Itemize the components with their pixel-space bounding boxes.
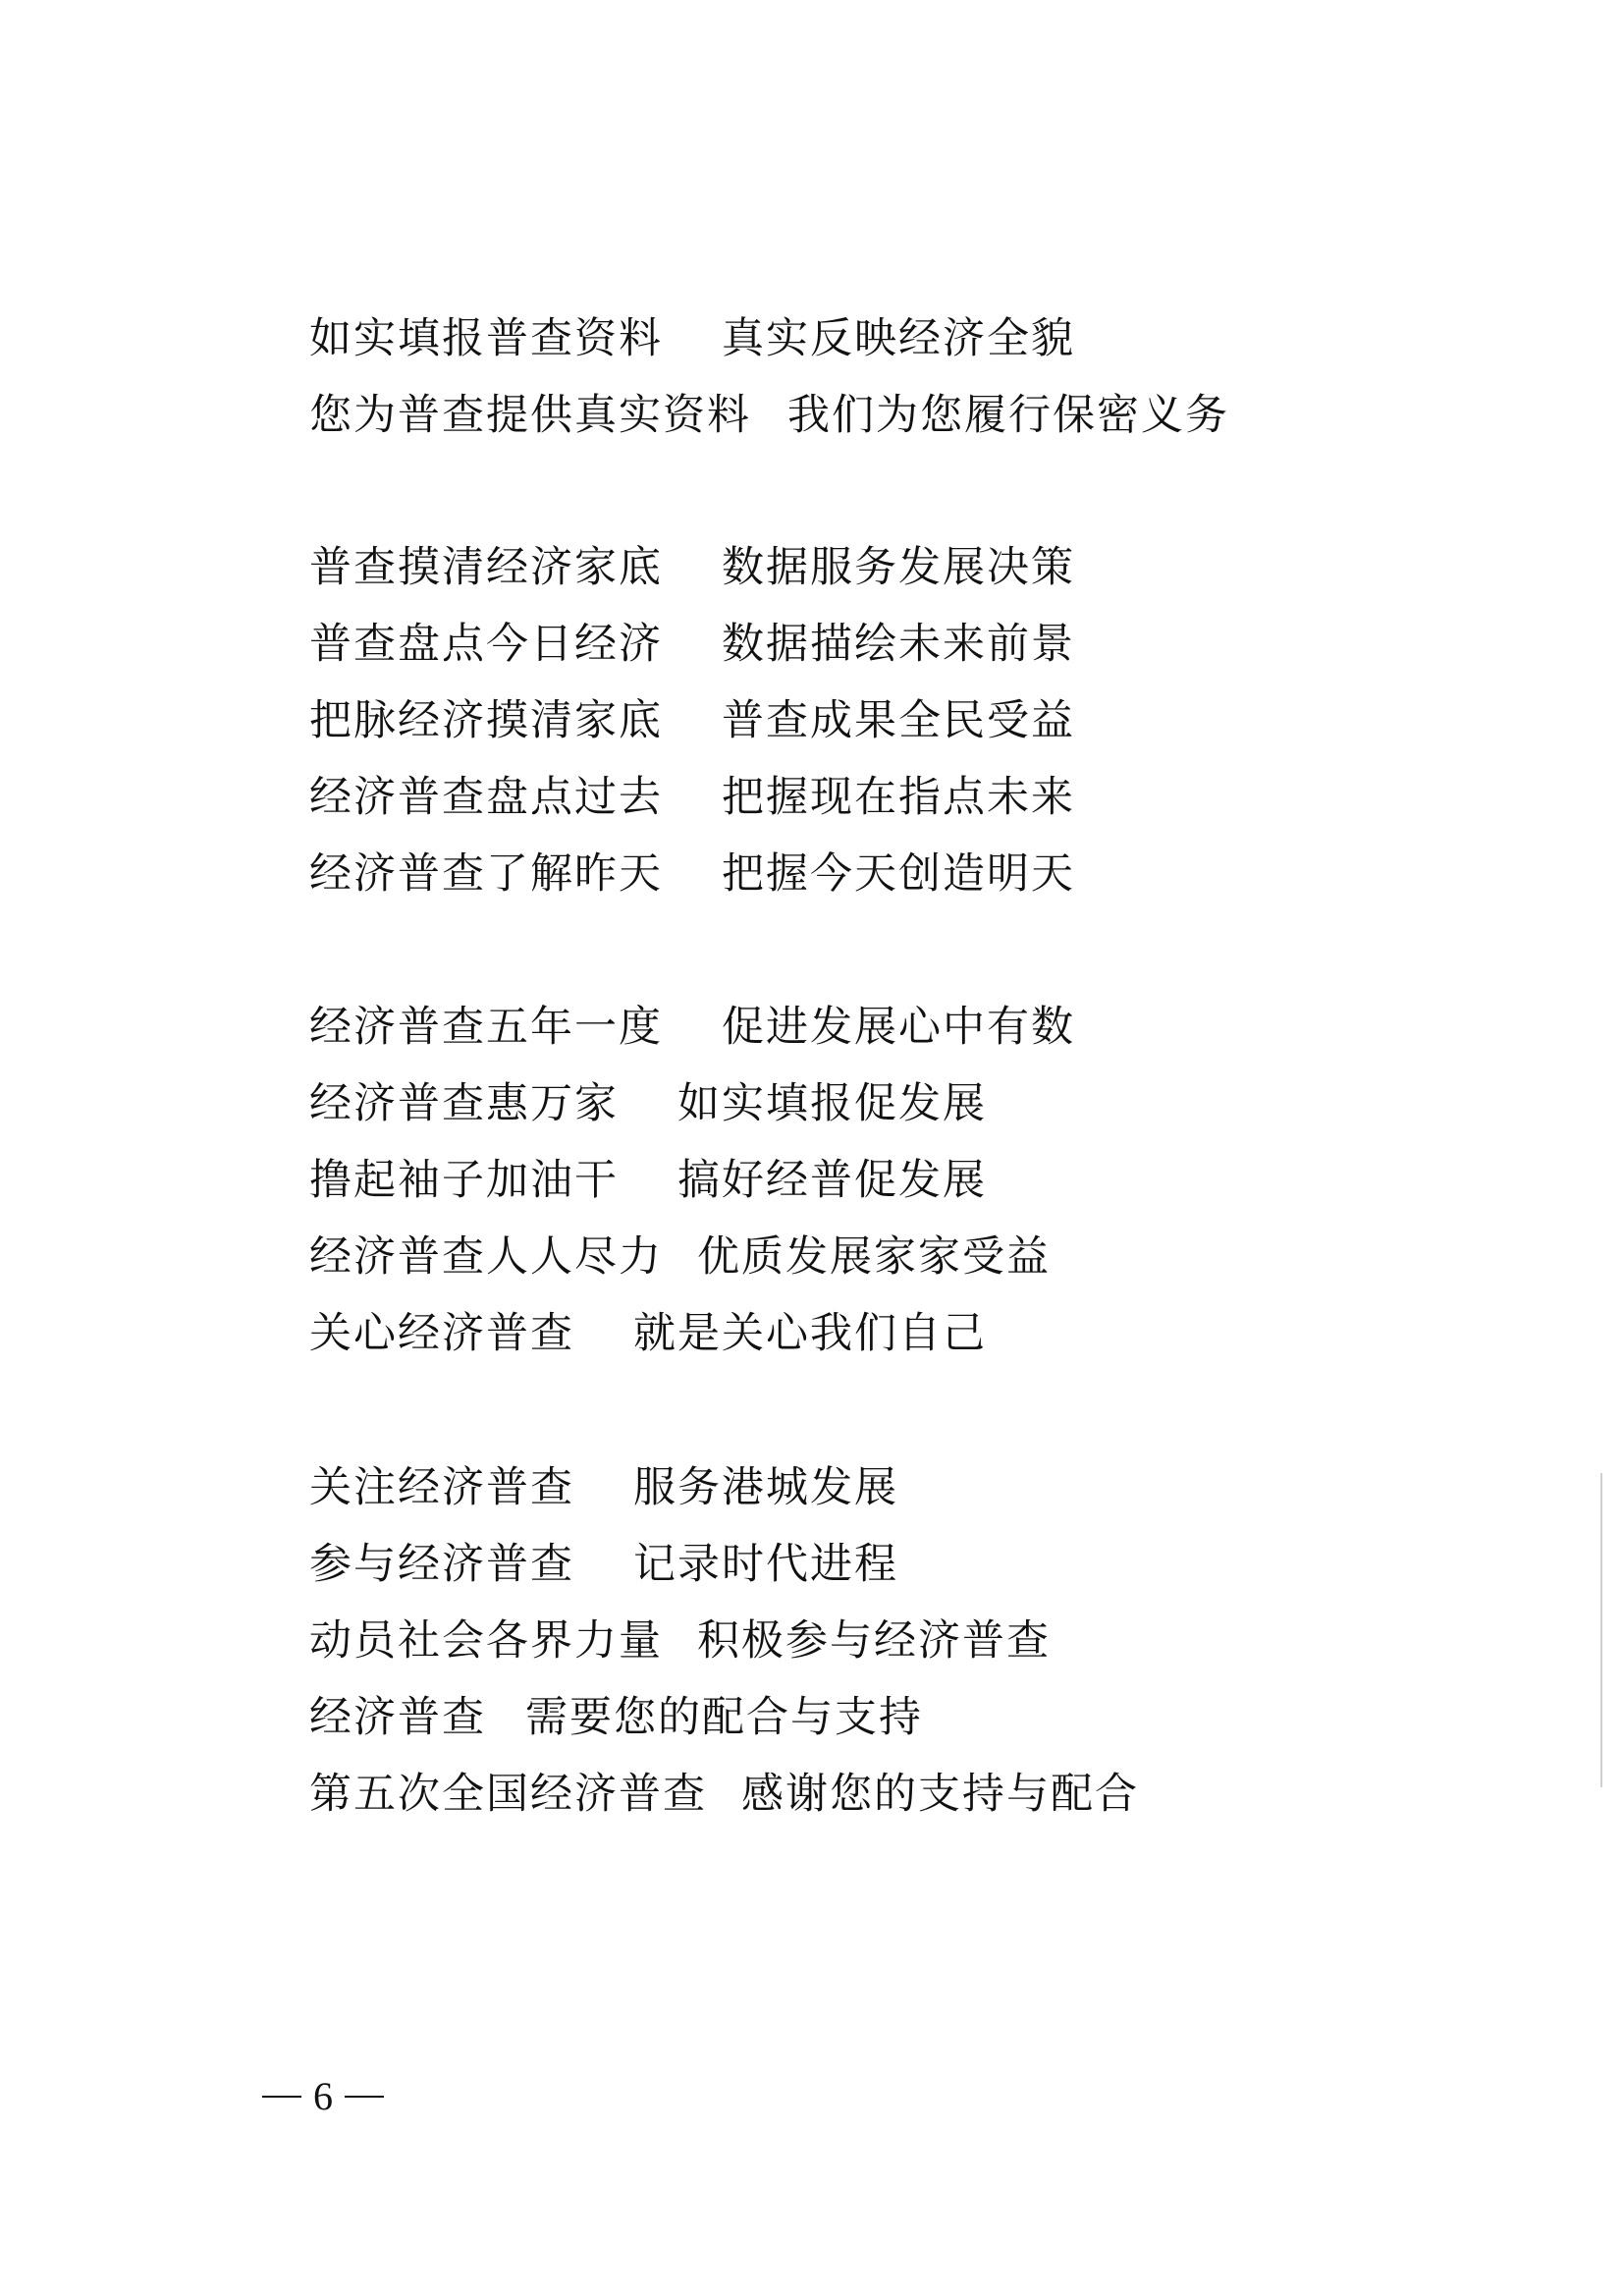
slogan-left: 第五次全国经济普查 <box>309 1770 707 1819</box>
slogan-left: 把脉经济摸清家底 <box>309 696 663 745</box>
slogan-right: 数据服务发展决策 <box>722 538 1075 597</box>
slogan-left: 您为普查提供真实资料 <box>309 391 751 440</box>
slogan-line: 如实填报普查资料 真实反映经济全貌 <box>309 309 663 368</box>
slogan-left: 如实填报普查资料 <box>309 314 663 363</box>
slogan-line: 撸起袖子加油干 搞好经普促发展 <box>309 1151 619 1210</box>
slogan-left: 普查盘点今日经济 <box>309 620 663 669</box>
slogan-right: 真实反映经济全貌 <box>722 309 1075 368</box>
slogan-right: 就是关心我们自己 <box>633 1304 987 1363</box>
slogan-left: 普查摸清经济家底 <box>309 543 663 592</box>
slogan-right: 如实填报促发展 <box>677 1074 987 1133</box>
slogan-left: 经济普查盘点过去 <box>309 773 663 822</box>
scan-edge-line <box>1600 1473 1602 1787</box>
slogan-line: 普查盘点今日经济 数据描绘未来前景 <box>309 615 663 674</box>
slogan-line: 参与经济普查 记录时代进程 <box>309 1535 574 1594</box>
slogan-right: 需要您的配合与支持 <box>525 1688 923 1747</box>
slogan-left: 关心经济普查 <box>309 1309 574 1358</box>
slogan-right: 服务港城发展 <box>633 1458 898 1517</box>
slogan-line: 经济普查盘点过去 把握现在指点未来 <box>309 768 663 827</box>
page-number-dash-left <box>262 2096 301 2098</box>
slogan-left: 经济普查 <box>309 1693 486 1742</box>
page-number-dash-right <box>345 2096 384 2098</box>
slogan-right: 记录时代进程 <box>633 1535 898 1594</box>
slogan-line: 把脉经济摸清家底 普查成果全民受益 <box>309 691 663 750</box>
slogan-line: 动员社会各界力量 积极参与经济普查 <box>309 1612 663 1670</box>
slogan-line: 经济普查惠万家 如实填报促发展 <box>309 1074 619 1133</box>
slogan-line: 经济普查五年一度 促进发展心中有数 <box>309 998 663 1057</box>
slogan-line: 关心经济普查 就是关心我们自己 <box>309 1304 574 1363</box>
slogan-line: 经济普查了解昨天 把握今天创造明天 <box>309 845 663 903</box>
slogan-left: 撸起袖子加油干 <box>309 1156 619 1205</box>
slogan-left: 经济普查惠万家 <box>309 1079 619 1128</box>
slogan-line: 关注经济普查 服务港城发展 <box>309 1458 574 1517</box>
slogan-left: 关注经济普查 <box>309 1463 574 1512</box>
slogan-right: 搞好经普促发展 <box>677 1151 987 1210</box>
slogan-left: 参与经济普查 <box>309 1540 574 1589</box>
slogan-right: 把握现在指点未来 <box>722 768 1075 827</box>
slogan-right: 积极参与经济普查 <box>697 1612 1051 1670</box>
slogan-right: 把握今天创造明天 <box>722 845 1075 903</box>
slogan-left: 动员社会各界力量 <box>309 1616 663 1666</box>
slogan-line: 经济普查人人尽力 优质发展家家受益 <box>309 1228 663 1286</box>
slogan-line: 经济普查 需要您的配合与支持 <box>309 1688 486 1747</box>
slogan-line: 您为普查提供真实资料 我们为您履行保密义务 <box>309 386 751 445</box>
slogan-line: 普查摸清经济家底 数据服务发展决策 <box>309 538 663 597</box>
slogan-right: 感谢您的支持与配合 <box>741 1765 1139 1824</box>
page-number-value: 6 <box>313 2072 333 2121</box>
slogan-left: 经济普查五年一度 <box>309 1003 663 1052</box>
slogan-left: 经济普查了解昨天 <box>309 849 663 899</box>
slogan-line: 第五次全国经济普查 感谢您的支持与配合 <box>309 1765 707 1824</box>
slogan-right: 优质发展家家受益 <box>697 1228 1051 1286</box>
document-page: 如实填报普查资料 真实反映经济全貌 您为普查提供真实资料 我们为您履行保密义务 … <box>0 0 1623 2296</box>
slogan-left: 经济普查人人尽力 <box>309 1232 663 1282</box>
slogan-right: 我们为您履行保密义务 <box>787 386 1229 445</box>
page-number: 6 <box>250 2072 396 2121</box>
slogan-right: 普查成果全民受益 <box>722 691 1075 750</box>
slogan-right: 促进发展心中有数 <box>722 998 1075 1057</box>
slogan-right: 数据描绘未来前景 <box>722 615 1075 674</box>
